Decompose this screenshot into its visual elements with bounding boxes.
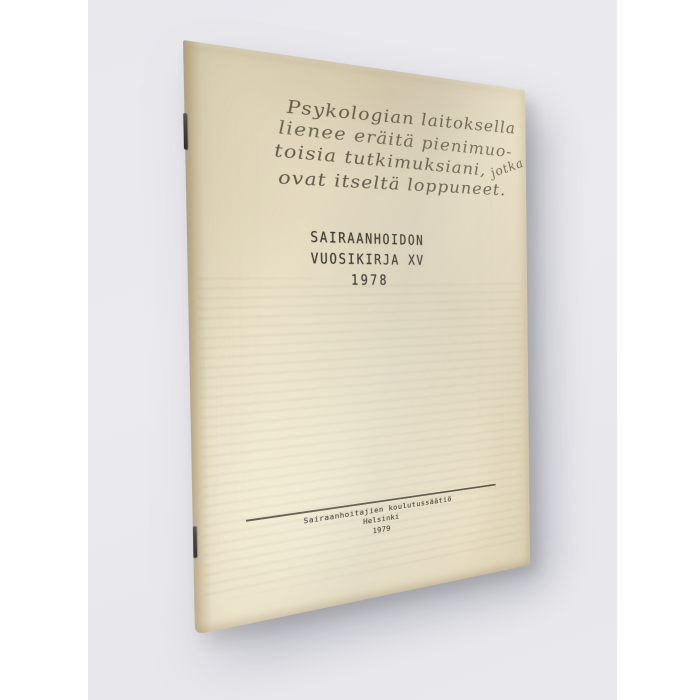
booklet-cover: Psykologian laitoksella lienee eräitä pi… [183,40,530,635]
staple-bottom [192,526,197,558]
handwritten-inscription: Psykologian laitoksella lienee eräitä pi… [183,40,525,90]
title-block: SAIRAANHOIDON VUOSIKIRJA XV 1978 [258,223,468,289]
staple-top [183,113,188,150]
booklet-year: 1978 [351,267,389,294]
photo-background: Psykologian laitoksella lienee eräitä pi… [88,0,617,700]
title-line: 1978 [258,267,467,289]
